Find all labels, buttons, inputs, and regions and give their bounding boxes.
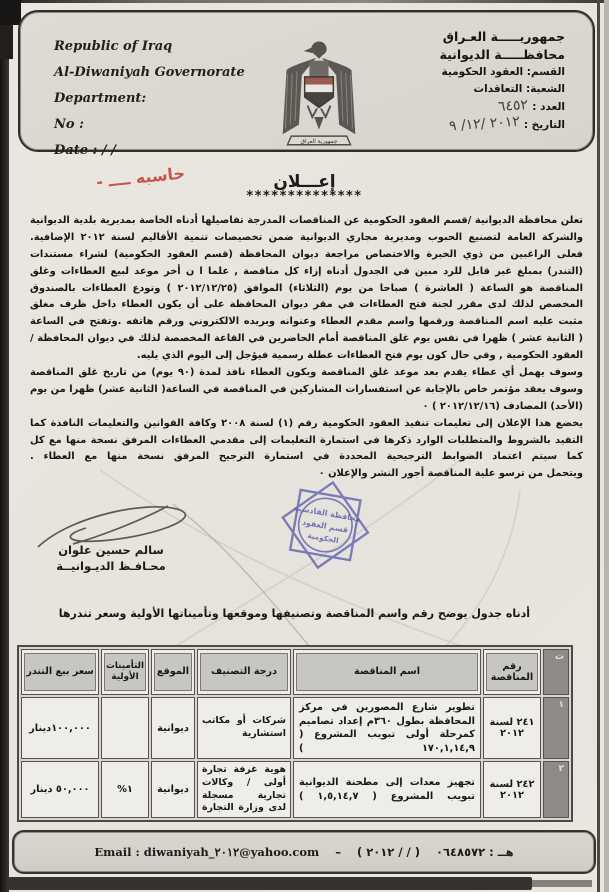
english-date-label: Date : <box>54 143 97 158</box>
body-line: (التندر) بمبلغ غير قابل للرد مبين في الج… <box>30 264 583 281</box>
header-box: درجة التصنيف <box>200 653 288 691</box>
cell-seq: ١ <box>543 697 569 759</box>
english-no-label: No : <box>54 112 245 138</box>
emblem-banner-text: جمهورية العراق <box>301 139 338 145</box>
governorate-stamp: محافظة القادسية قسم العقود الحكومية <box>271 472 378 583</box>
body-line: ( الثانية عشر ) ظهرا في نفس يوم غلق المن… <box>30 331 583 348</box>
body-line: كما سيتم اعتماد الضوابط الترجيحية المحدد… <box>30 449 583 466</box>
body-line: تعلن محافظة الديوانية /قسم العقود الحكوم… <box>30 213 583 230</box>
col-seq-header: ت <box>543 649 569 695</box>
tenders-table: ت رقم المناقصة اسم المناقصة درجة التصنيف… <box>17 645 573 822</box>
cell-tender-price: ١٠٠,٠٠٠دينار <box>21 697 99 759</box>
english-governorate: Al-Diwaniyah Governorate <box>54 60 245 86</box>
scan-edge-bottom-band-2 <box>532 880 592 887</box>
cell-insurance <box>101 697 149 759</box>
english-date-slashes: / / <box>102 143 116 158</box>
scan-edge-right-margin <box>604 0 609 892</box>
stamp-text-sub: الحكومية <box>307 531 340 545</box>
body-line: المخصص لذلك لدى مقرر لجنة فتح العطاءات ف… <box>30 297 583 314</box>
table-caption: أدناه جدول يوضح رقم واسم المناقصة وتصنيف… <box>59 607 530 620</box>
header-box: رقم المناقصة <box>486 653 538 691</box>
signatory-title: محـافـظ الديـوانيــة <box>36 558 186 574</box>
body-line: وسوف يعقد مؤتمر خاص بالإجابة عن استفسارا… <box>30 382 583 399</box>
footer-dash: – <box>335 845 341 859</box>
date-label: التاريخ : <box>524 119 565 131</box>
body-line: التقيد بالشروط والمتطلبات الوارد ذكرها ف… <box>30 433 583 450</box>
scan-edge-left <box>0 0 9 892</box>
arabic-division: الشعبة: التعاقدات <box>440 81 566 98</box>
scan-edge-right <box>597 0 600 892</box>
col-name-header: اسم المناقصة <box>293 649 481 695</box>
signatory-block: سالم حسين علوان محـافـظ الديـوانيــة <box>36 542 186 574</box>
table-row: ١ ٢٤١ لسنة ٢٠١٢ تطوير شارع المصورين في م… <box>21 697 569 759</box>
announcement-body: تعلن محافظة الديوانية /قسم العقود الحكوم… <box>30 213 583 483</box>
arabic-country: جمهوريـــــة العـراق <box>440 28 566 46</box>
announcement-title-block: إعـــلان ************** <box>0 172 609 204</box>
english-country: Republic of Iraq <box>54 34 245 60</box>
header-box: التأمينات الأولية <box>104 653 146 691</box>
body-line: يخضع هذا الإعلان إلى تعليمات تنفيذ العقو… <box>30 416 583 433</box>
body-line: وسوف يهمل أي عطاء يقدم بعد موعد غلق المن… <box>30 365 583 382</box>
table-header-row: ت رقم المناقصة اسم المناقصة درجة التصنيف… <box>21 649 569 695</box>
body-line: والشركة العامة لتصنيع الحبوب ومديرية مجا… <box>30 230 583 247</box>
email-text: Email : diwaniyah_٢٠١٢@yahoo.com <box>94 845 319 859</box>
cell-tender-price: ٥٠,٠٠٠ دينار <box>21 761 99 818</box>
arabic-date-line: التاريخ : ٢٠١٢ /١٢/ ٩ <box>440 116 566 134</box>
col-classification-header: درجة التصنيف <box>197 649 291 695</box>
number-label: العدد : <box>532 101 565 113</box>
scan-edge-bottom-band <box>8 877 532 890</box>
body-line: العقود الحكومية , وفي حال كون يوم فتح ال… <box>30 348 583 365</box>
scan-corner-mark-2 <box>0 25 13 59</box>
arabic-governorate: محافظـــــة الديوانية <box>440 46 566 64</box>
scan-edge-top <box>0 0 609 3</box>
cell-classification: هوية غرفة تجارة أولى / وكالات تجارية مسج… <box>197 761 291 818</box>
scanned-announcement-document: Republic of Iraq Al-Diwaniyah Governorat… <box>0 0 609 892</box>
header-box: سعر بيع التندر <box>24 653 96 691</box>
header-box: اسم المناقصة <box>296 653 478 691</box>
cell-location: ديوانية <box>151 761 195 818</box>
date-handwritten-value: ٢٠١٢ /١٢/ ٩ <box>449 114 521 136</box>
body-line: (الأحد) المصادف (٢٠١٢/١٢/١٦ ) ٠ <box>30 399 583 416</box>
cell-tender-number: ٢٤٢ لسنة ٢٠١٢ <box>483 761 541 818</box>
cell-location: ديوانية <box>151 697 195 759</box>
letterhead-arabic: جمهوريـــــة العـراق محافظـــــة الديوان… <box>440 28 566 134</box>
cell-tender-name: تطوير شارع المصورين في مركز المحافظة بطو… <box>293 697 481 759</box>
title-separator-stars: ************** <box>0 189 609 204</box>
arabic-section: القسم: العقود الحكومية <box>440 64 566 81</box>
arabic-number-line: العدد : ٦٤٥٢ <box>440 98 566 116</box>
body-line: فعلى الراغبين من ذوي الخبرة والاختصاص مر… <box>30 247 583 264</box>
header-box: الموقع <box>154 653 192 691</box>
col-insurance-header: التأمينات الأولية <box>101 649 149 695</box>
signatory-name: سالم حسين علوان <box>36 542 186 558</box>
footer-date-blanks: ( ٢٠١٢ / / ) <box>357 845 420 859</box>
body-line: المناقصة هو الساعة ( العاشرة ) صباحا من … <box>30 281 583 298</box>
body-line: مثبت عليه اسم المناقصة ورقمها واسم مقدم … <box>30 314 583 331</box>
contact-footer: Email : diwaniyah_٢٠١٢@yahoo.com – ( ٢٠١… <box>12 830 596 874</box>
cell-tender-name: تجهيز معدات إلى مطحنة الديوانية تبويب ال… <box>293 761 481 818</box>
cell-classification: شركات أو مكاتب استشارية <box>197 697 291 759</box>
scan-corner-mark <box>0 0 21 25</box>
signature-scribble <box>18 492 448 666</box>
english-department-label: Department: <box>54 86 245 112</box>
iraq-eagle-emblem-icon: جمهورية العراق <box>276 34 362 162</box>
col-location-header: الموقع <box>151 649 195 695</box>
cell-insurance: ١% <box>101 761 149 818</box>
english-date-line: Date : / / <box>54 138 245 164</box>
letterhead-english: Republic of Iraq Al-Diwaniyah Governorat… <box>54 34 245 164</box>
table-row: ٢ ٢٤٢ لسنة ٢٠١٢ تجهيز معدات إلى مطحنة ال… <box>21 761 569 818</box>
cell-tender-number: ٢٤١ لسنة ٢٠١٢ <box>483 697 541 759</box>
col-price-header: سعر بيع التندر <box>21 649 99 695</box>
letterhead-box: Republic of Iraq Al-Diwaniyah Governorat… <box>18 10 595 152</box>
phone-text: هــ : ٠٦٤٨٥٧٢ <box>436 845 514 859</box>
col-number-header: رقم المناقصة <box>483 649 541 695</box>
cell-seq: ٢ <box>543 761 569 818</box>
